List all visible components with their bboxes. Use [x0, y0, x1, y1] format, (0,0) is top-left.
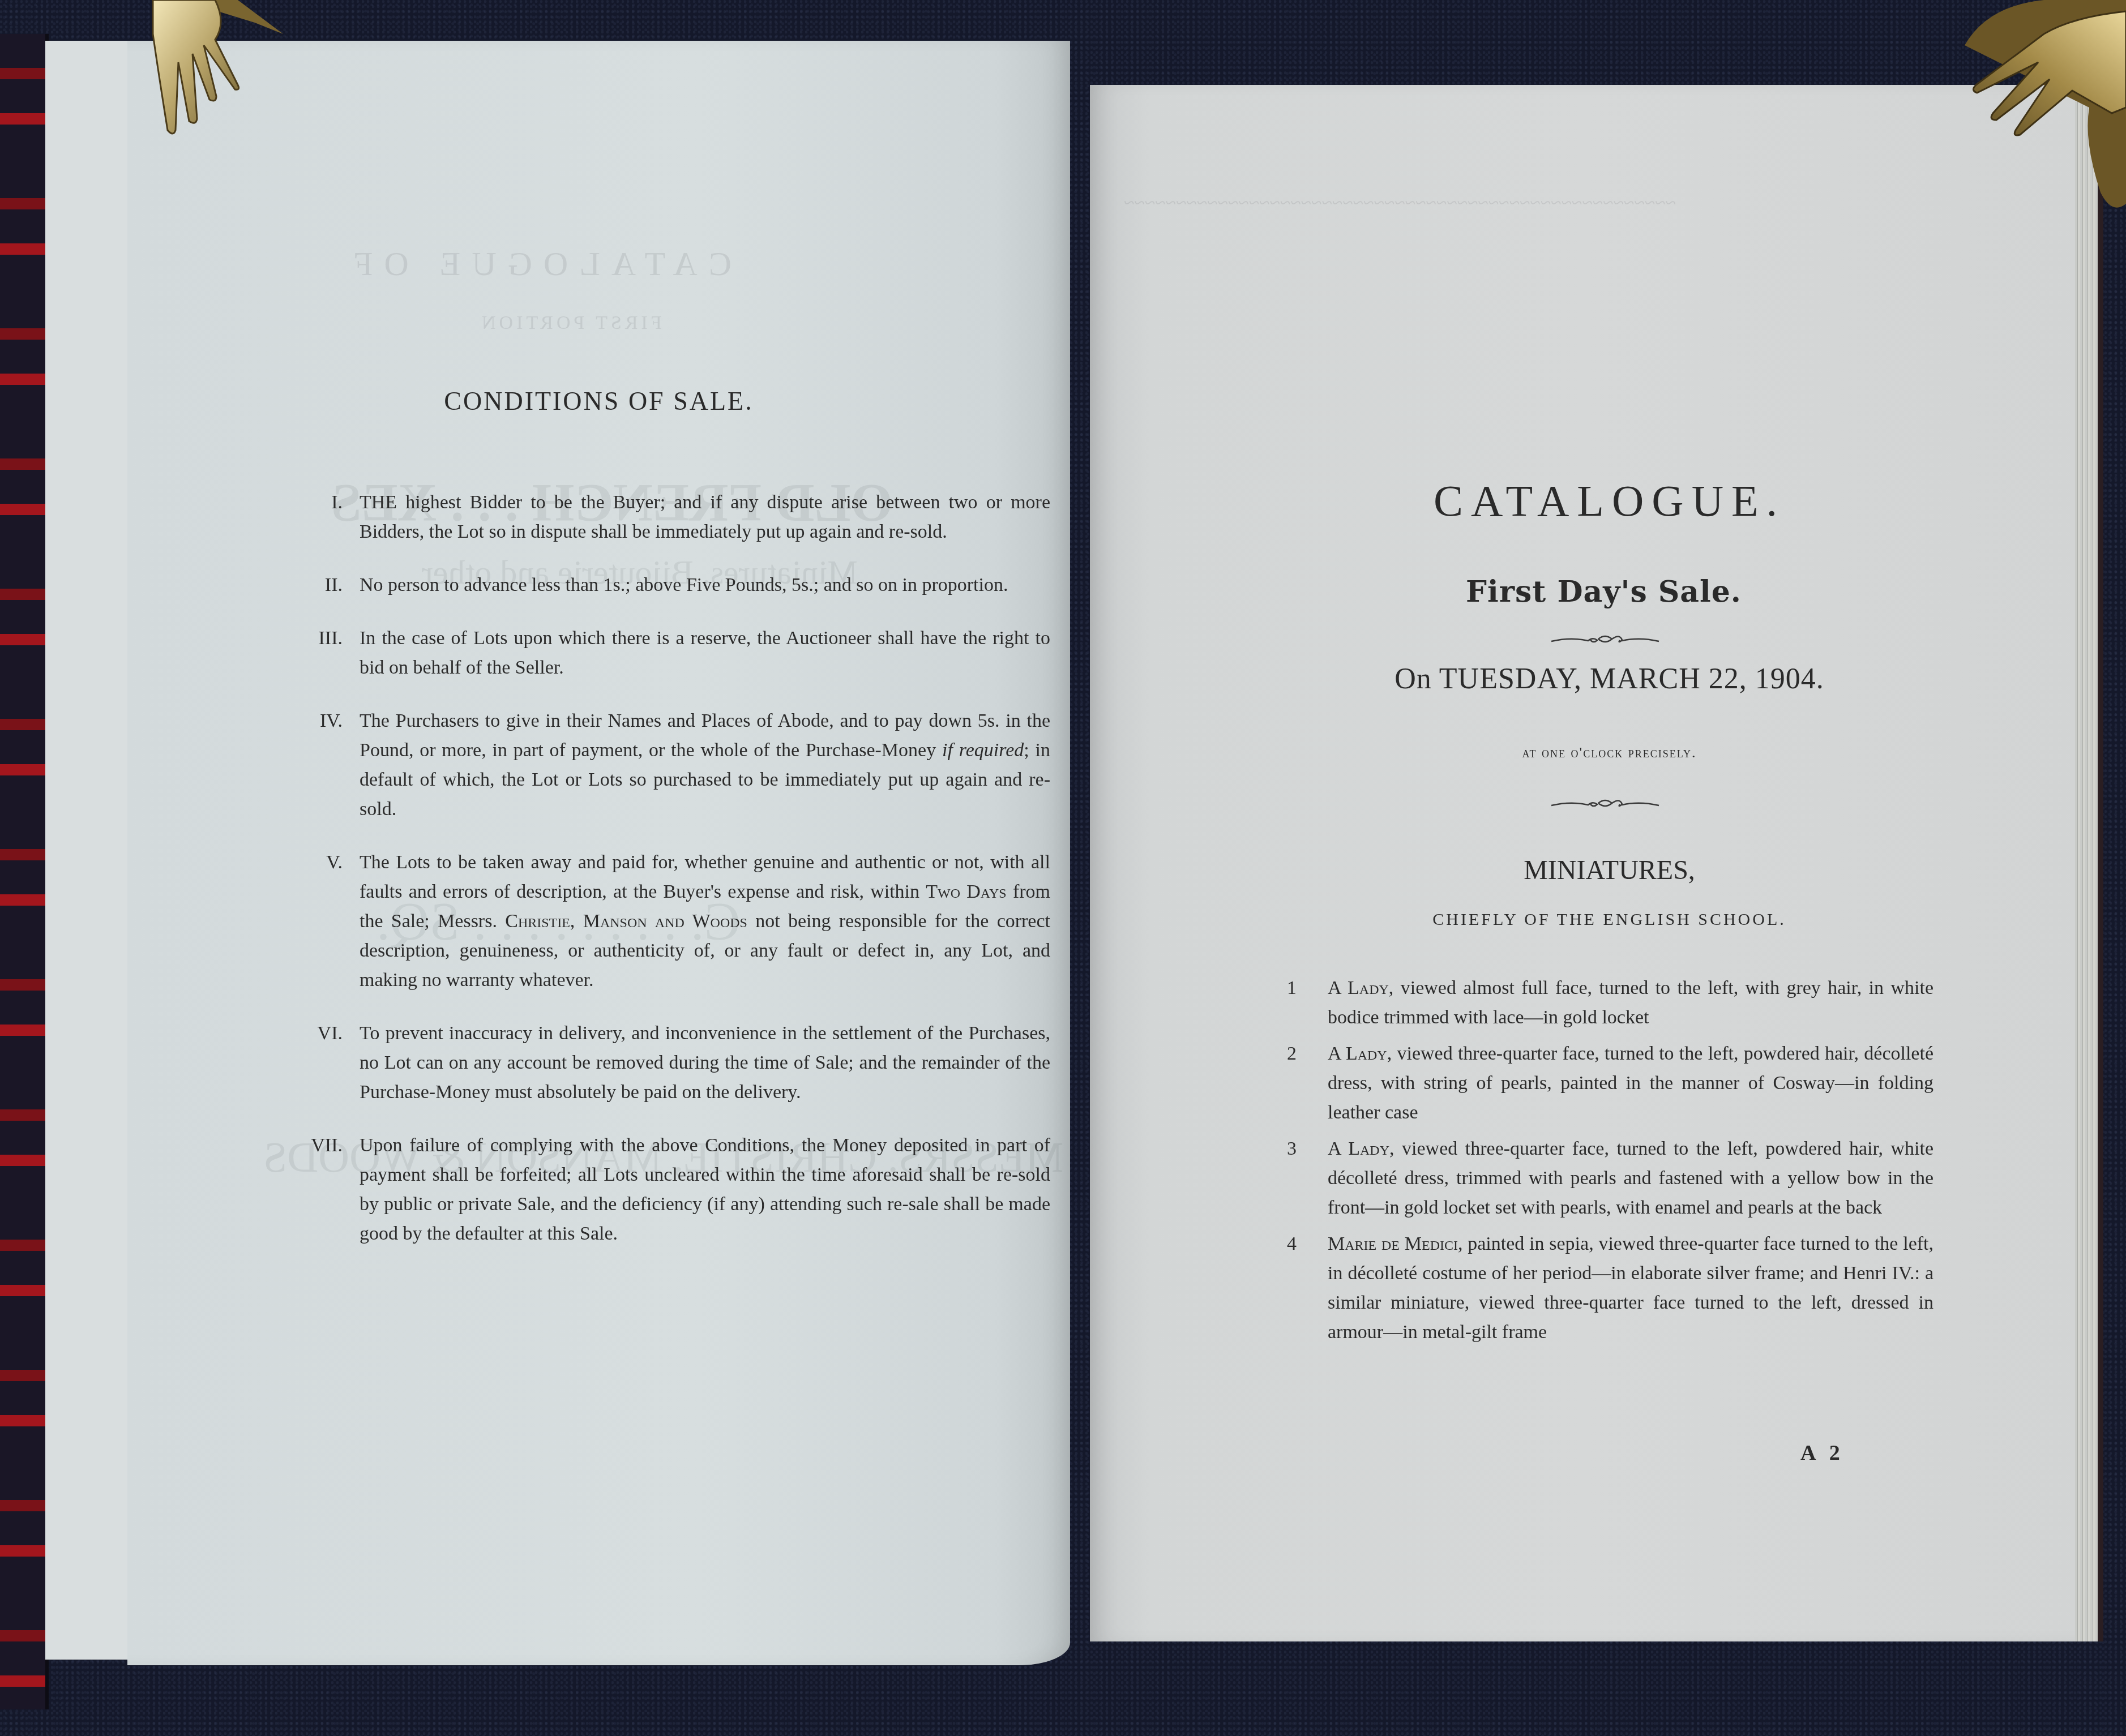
lot-number: 1 — [1274, 974, 1297, 1003]
lot-description: , viewed three-quarter face, turned to t… — [1328, 1138, 1933, 1218]
condition-text-smallcaps: Two Days — [926, 881, 1006, 902]
conditions-list: I. THE highest Bidder to be the Buyer; a… — [275, 488, 1050, 1272]
sale-time: at one o'clock precisely. — [1113, 744, 2106, 761]
lot-number: 2 — [1274, 1039, 1297, 1069]
hand-page-clip-icon — [68, 0, 340, 136]
lot-item: 1 A Lady, viewed almost full face, turne… — [1274, 974, 1933, 1032]
condition-item: II. No person to advance less than 1s.; … — [275, 571, 1050, 600]
condition-number: VII. — [269, 1131, 348, 1160]
condition-text: Upon failure of complying with the above… — [360, 1135, 1050, 1244]
lot-subject: A Lady — [1328, 1043, 1387, 1064]
signature-mark: A 2 — [1800, 1441, 1845, 1465]
lot-item: 2 A Lady, viewed three-quarter face, tur… — [1274, 1039, 1933, 1128]
condition-number: I. — [269, 488, 348, 517]
condition-number: II. — [269, 571, 348, 600]
lot-subject: Marie de Medici — [1328, 1233, 1458, 1254]
lot-subject: A Lady — [1328, 978, 1389, 998]
condition-item: I. THE highest Bidder to be the Buyer; a… — [275, 488, 1050, 547]
auctioneer-name: Christie, Manson and Woods — [505, 911, 747, 932]
conditions-title: CONDITIONS OF SALE. — [127, 386, 1070, 416]
right-page: ~~~~~~~~~~~~~~~~~~~~~~~~~~~~~~~~~~~~~~~~… — [1090, 85, 2084, 1641]
fleuron-divider-icon — [1548, 631, 1662, 648]
condition-number: V. — [269, 848, 348, 877]
flyleaf — [45, 41, 131, 1660]
bleed-through-text: FIRST PORTION — [478, 312, 662, 334]
lot-number: 4 — [1274, 1229, 1297, 1259]
sale-date: On TUESDAY, MARCH 22, 1904. — [1113, 662, 2106, 696]
condition-item: IV. The Purchasers to give in their Name… — [275, 706, 1050, 824]
condition-text: To prevent inaccuracy in delivery, and i… — [360, 1023, 1050, 1103]
fleuron-divider-icon — [1548, 795, 1662, 812]
lot-item: 3 A Lady, viewed three-quarter face, tur… — [1274, 1134, 1933, 1223]
lot-list: 1 A Lady, viewed almost full face, turne… — [1274, 974, 1933, 1354]
condition-text-italic: if required — [942, 740, 1024, 761]
hand-page-clip-icon — [1942, 0, 2126, 215]
lot-subject: A Lady — [1328, 1138, 1389, 1159]
catalogue-title: CATALOGUE. — [1113, 475, 2106, 526]
condition-text: THE highest Bidder to be the Buyer; and … — [360, 492, 1050, 542]
lot-number: 3 — [1274, 1134, 1297, 1164]
section-title: MINIATURES, — [1113, 855, 2106, 886]
lot-description: , viewed three-quarter face, turned to t… — [1328, 1043, 1933, 1123]
lot-description: , viewed almost full face, turned to the… — [1328, 978, 1933, 1028]
condition-item: VI. To prevent inaccuracy in delivery, a… — [275, 1019, 1050, 1107]
section-subtitle: CHIEFLY OF THE ENGLISH SCHOOL. — [1113, 910, 2106, 929]
condition-number: VI. — [269, 1019, 348, 1048]
condition-text: No person to advance less than 1s.; abov… — [360, 575, 1008, 595]
condition-number: IV. — [269, 706, 348, 736]
condition-item: V. The Lots to be taken away and paid fo… — [275, 848, 1050, 995]
lot-item: 4 Marie de Medici, painted in sepia, vie… — [1274, 1229, 1933, 1347]
left-page: CATALOGUE OF FIRST PORTION OLD FRENCH . … — [127, 41, 1070, 1665]
book-cover-edge — [0, 34, 49, 1709]
condition-number: III. — [269, 624, 348, 653]
condition-item: VII. Upon failure of complying with the … — [275, 1131, 1050, 1249]
bleed-through-text: CATALOGUE OF — [343, 245, 732, 284]
condition-text: In the case of Lots upon which there is … — [360, 628, 1050, 678]
condition-item: III. In the case of Lots upon which ther… — [275, 624, 1050, 683]
sale-day-subtitle: First Day's Sale. — [1107, 575, 2101, 609]
bleed-through-text: ~~~~~~~~~~~~~~~~~~~~~~~~~~~~~~~~~~~~~~~~… — [1124, 192, 1676, 214]
page-edges — [2075, 102, 2103, 1641]
